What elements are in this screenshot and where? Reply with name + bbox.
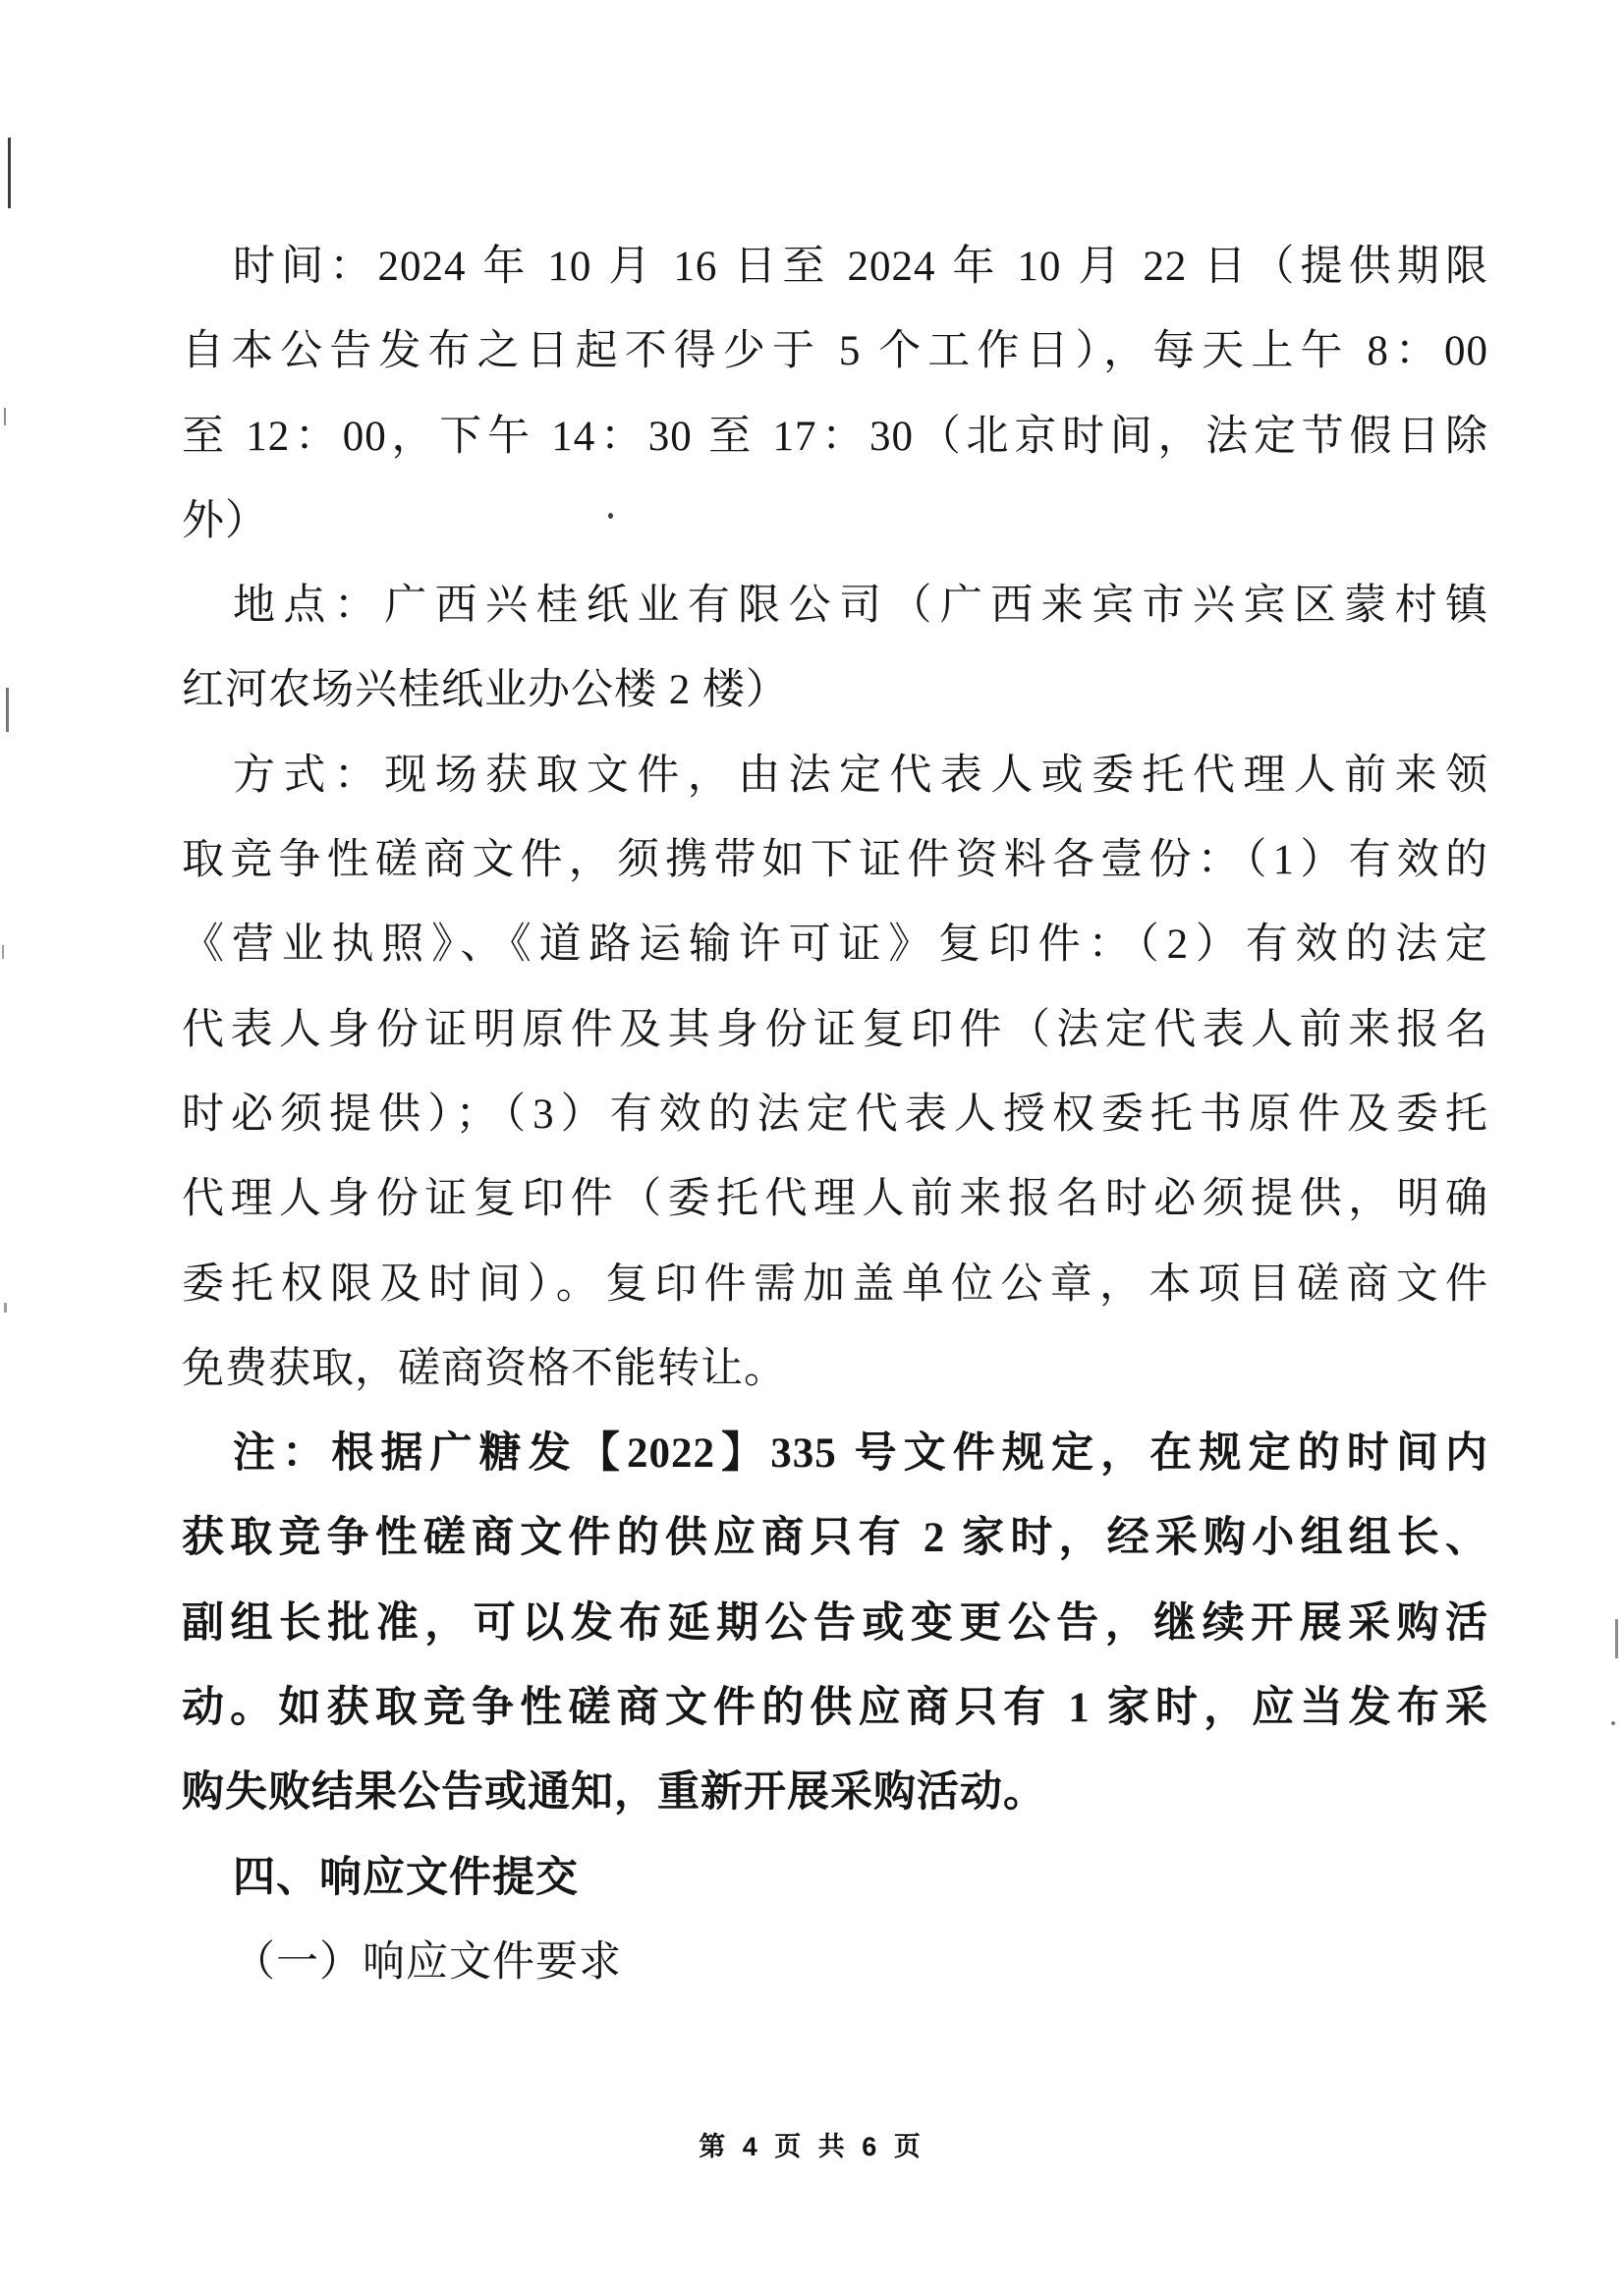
- document-body: 时间：2024 年 10 月 16 日至 2024 年 10 月 22 日（提供…: [182, 225, 1488, 2005]
- text-line: 地点：广西兴桂纸业有限公司（广西来宾市兴宾区蒙村镇: [182, 564, 1488, 648]
- text-line: 至 12：00，下午 14：30 至 17：30（北京时间，法定节假日除: [182, 395, 1488, 479]
- text-line: 代表人身份证明原件及其身份证复印件（法定代表人前来报名: [182, 988, 1488, 1073]
- text-line: 免费获取，磋商资格不能转让。: [182, 1327, 1488, 1412]
- text-line: 时必须提供）；（3）有效的法定代表人授权委托书原件及委托: [182, 1073, 1488, 1157]
- text-line: 红河农场兴桂纸业办公楼 2 楼）: [182, 648, 1488, 733]
- scan-artifact: [2, 945, 4, 959]
- scan-artifact: [6, 688, 9, 732]
- page-footer: 第 4 页 共 6 页: [0, 2125, 1624, 2163]
- text-line: 四、响应文件提交: [182, 1836, 1488, 1921]
- text-line: 《营业执照》、《道路运输许可证》复印件：（2）有效的法定: [182, 903, 1488, 987]
- text-line: 代理人身份证复印件（委托代理人前来报名时必须提供，明确: [182, 1157, 1488, 1242]
- text-line: 注：根据广糖发【2022】335 号文件规定，在规定的时间内: [182, 1412, 1488, 1496]
- text-line: 获取竞争性磋商文件的供应商只有 2 家时，经采购小组组长、: [182, 1496, 1488, 1581]
- text-line: 自本公告发布之日起不得少于 5 个工作日），每天上午 8：00: [182, 309, 1488, 394]
- text-line: 委托权限及时间）。复印件需加盖单位公章，本项目磋商文件: [182, 1243, 1488, 1327]
- text-line: （一）响应文件要求: [182, 1921, 1488, 2005]
- scan-artifact: [1611, 1721, 1615, 1725]
- text-line: 副组长批准，可以发布延期公告或变更公告，继续开展采购活: [182, 1582, 1488, 1666]
- text-line: 外）: [182, 479, 1488, 564]
- text-line: 购失败结果公告或通知，重新开展采购活动。: [182, 1751, 1488, 1835]
- scan-artifact: [1615, 1619, 1618, 1658]
- text-line: 取竞争性磋商文件，须携带如下证件资料各壹份：（1）有效的: [182, 818, 1488, 903]
- scan-artifact: [8, 138, 11, 208]
- scan-artifact: [4, 1303, 7, 1313]
- document-page: 时间：2024 年 10 月 16 日至 2024 年 10 月 22 日（提供…: [0, 0, 1624, 2295]
- text-line: 动。如获取竞争性磋商文件的供应商只有 1 家时，应当发布采: [182, 1666, 1488, 1751]
- text-line: 时间：2024 年 10 月 16 日至 2024 年 10 月 22 日（提供…: [182, 225, 1488, 309]
- scan-artifact: [608, 513, 613, 519]
- text-line: 方式：现场获取文件，由法定代表人或委托代理人前来领: [182, 734, 1488, 818]
- scan-artifact: [4, 408, 6, 425]
